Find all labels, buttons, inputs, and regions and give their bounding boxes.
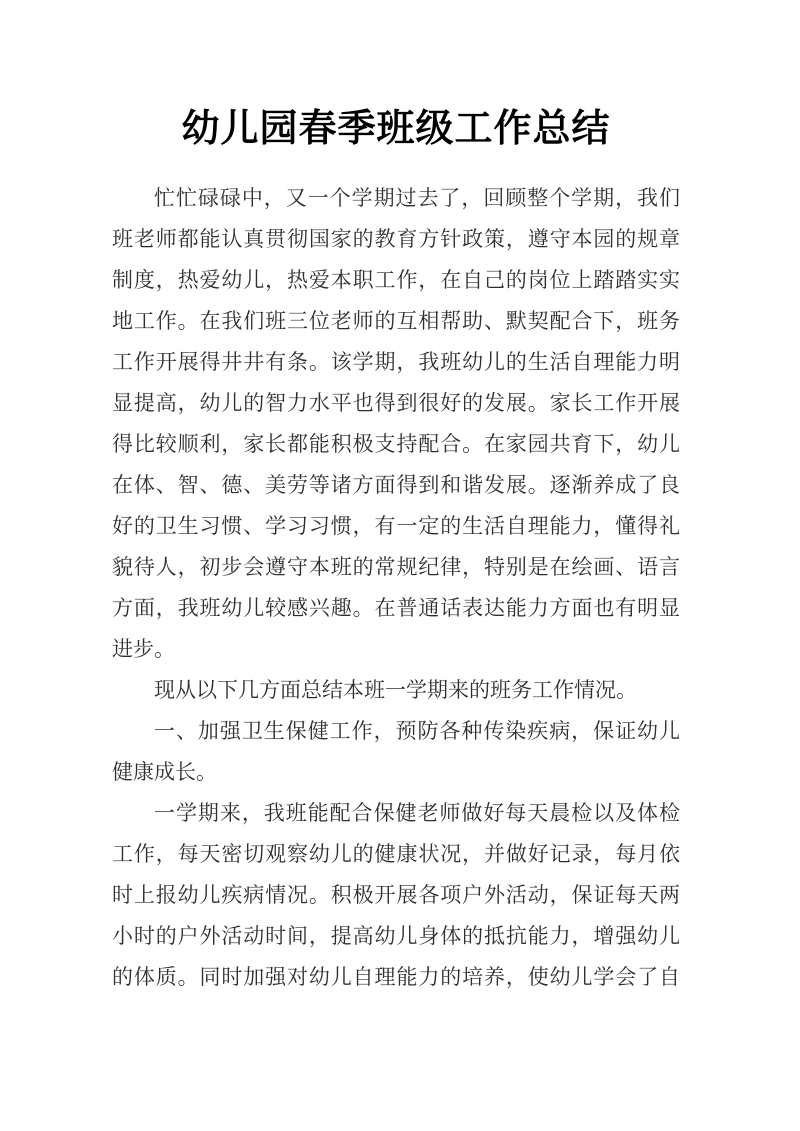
- document-title: 幼儿园春季班级工作总结: [112, 106, 680, 152]
- text-line: 貌待人，初步会遵守本班的常规纪律，特别是在绘画、语言: [112, 547, 680, 588]
- text-line: 现从以下几方面总结本班一学期来的班务工作情况。: [112, 670, 680, 711]
- text-line: 地工作。在我们班三位老师的互相帮助、默契配合下，班务: [112, 301, 680, 342]
- text-line: 一、加强卫生保健工作，预防各种传染疾病，保证幼儿: [112, 711, 680, 752]
- document-content: 幼儿园春季班级工作总结 忙忙碌碌中，又一个学期过去了，回顾整个学期，我们班老师都…: [0, 0, 800, 998]
- text-line: 进步。: [112, 629, 680, 670]
- text-line: 小时的户外活动时间，提高幼儿身体的抵抗能力，增强幼儿: [112, 916, 680, 957]
- text-line: 制度，热爱幼儿，热爱本职工作，在自己的岗位上踏踏实实: [112, 260, 680, 301]
- text-line: 忙忙碌碌中，又一个学期过去了，回顾整个学期，我们: [112, 178, 680, 219]
- text-line: 好的卫生习惯、学习习惯，有一定的生活自理能力，懂得礼: [112, 506, 680, 547]
- text-line: 一学期来，我班能配合保健老师做好每天晨检以及体检: [112, 793, 680, 834]
- text-line: 得比较顺利，家长都能积极支持配合。在家园共育下，幼儿: [112, 424, 680, 465]
- text-line: 方面，我班幼儿较感兴趣。在普通话表达能力方面也有明显: [112, 588, 680, 629]
- text-line: 的体质。同时加强对幼儿自理能力的培养，使幼儿学会了自: [112, 957, 680, 998]
- text-line: 在体、智、德、美劳等诸方面得到和谐发展。逐渐养成了良: [112, 465, 680, 506]
- text-line: 工作开展得井井有条。该学期，我班幼儿的生活自理能力明: [112, 342, 680, 383]
- document-body: 忙忙碌碌中，又一个学期过去了，回顾整个学期，我们班老师都能认真贯彻国家的教育方针…: [112, 178, 680, 998]
- text-line: 显提高，幼儿的智力水平也得到很好的发展。家长工作开展: [112, 383, 680, 424]
- text-line: 时上报幼儿疾病情况。积极开展各项户外活动，保证每天两: [112, 875, 680, 916]
- text-line: 班老师都能认真贯彻国家的教育方针政策，遵守本园的规章: [112, 219, 680, 260]
- document-page: 幼儿园春季班级工作总结 忙忙碌碌中，又一个学期过去了，回顾整个学期，我们班老师都…: [0, 0, 800, 1131]
- text-line: 健康成长。: [112, 752, 680, 793]
- text-line: 工作，每天密切观察幼儿的健康状况，并做好记录，每月依: [112, 834, 680, 875]
